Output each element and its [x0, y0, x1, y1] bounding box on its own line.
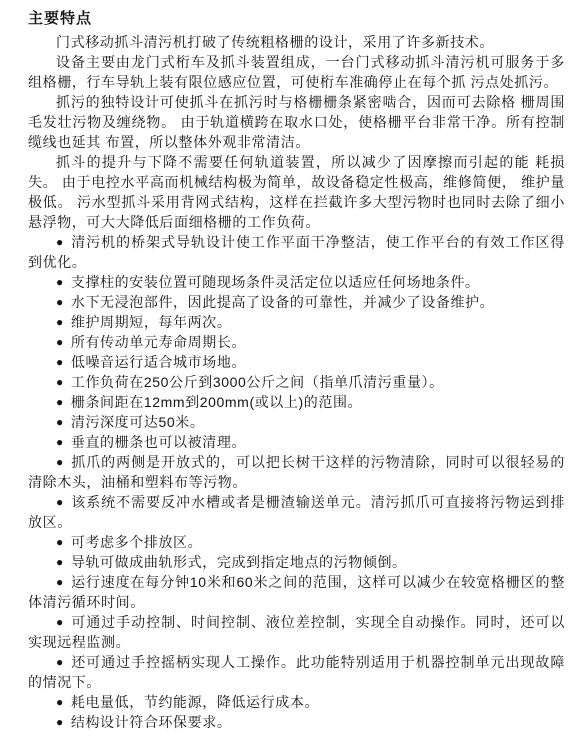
bullet-icon: ● [56, 295, 64, 309]
bullet-text: 抓爪的两侧是开放式的，可以把长树干这样的污物清除，同时可以很轻易的清除木头，油桶… [28, 454, 565, 490]
bullet-text: 清污机的桥架式导轨设计使工作平面干净整洁，使工作平台的有效工作区得到优化。 [28, 234, 565, 270]
bullet-item: ●维护周期短，每年两次。 [28, 312, 565, 332]
bullet-text: 栅条间距在12mm到200mm(或以上)的范围。 [71, 394, 362, 410]
bullet-text: 所有传动单元寿命周期长。 [71, 334, 246, 350]
bullet-item: ●所有传动单元寿命周期长。 [28, 332, 565, 352]
paragraph: 门式移动抓斗清污机打破了传统粗格栅的设计，采用了许多新技术。 [28, 32, 565, 52]
paragraph: 抓斗的提升与下降不需要任何轨道装置，所以减少了因摩擦而引起的能 耗损失。 由于电… [28, 152, 565, 232]
page-title: 主要特点 [28, 8, 565, 30]
bullet-text: 维护周期短，每年两次。 [71, 314, 232, 330]
bullet-icon: ● [56, 355, 64, 369]
bullet-item: ●栅条间距在12mm到200mm(或以上)的范围。 [28, 392, 565, 412]
bullet-text: 运行速度在每分钟10米和60米之间的范围，这样可以减少在较宽格栅区的整体清污循环… [28, 574, 565, 610]
bullet-text: 清污深度可达50米。 [71, 414, 205, 430]
bullet-icon: ● [56, 415, 64, 429]
bullet-item: ●导轨可做成曲轨形式，完成到指定地点的污物倾倒。 [28, 552, 565, 572]
bullet-icon: ● [56, 695, 64, 709]
bullet-item: ●可通过手动控制、时间控制、液位差控制，实现全自动操作。同时，还可以实现远程监测… [28, 612, 565, 652]
bullet-text: 低噪音运行适合城市场地。 [71, 354, 246, 370]
bullet-text: 可通过手动控制、时间控制、液位差控制，实现全自动操作。同时，还可以实现远程监测。 [28, 614, 565, 650]
bullet-item: ●清污机的桥架式导轨设计使工作平面干净整洁，使工作平台的有效工作区得到优化。 [28, 232, 565, 272]
document-page: 主要特点 门式移动抓斗清污机打破了传统粗格栅的设计，采用了许多新技术。 设备主要… [0, 0, 579, 754]
paragraph: 设备主要由龙门式桁车及抓斗装置组成，一台门式移动抓斗清污机可服务于多组格栅，行车… [28, 52, 565, 92]
bullet-text: 垂直的栅条也可以被清理。 [71, 434, 246, 450]
bullet-icon: ● [56, 495, 64, 509]
bullet-icon: ● [56, 455, 64, 469]
bullet-icon: ● [56, 435, 64, 449]
bullet-item: ●工作负荷在250公斤到3000公斤之间（指单爪清污重量）。 [28, 372, 565, 392]
bullet-text: 工作负荷在250公斤到3000公斤之间（指单爪清污重量）。 [71, 374, 444, 390]
bullet-item: ●耗电量低，节约能源，降低运行成本。 [28, 692, 565, 712]
bullet-item: ●清污深度可达50米。 [28, 412, 565, 432]
bullet-text: 还可通过手控摇柄实现人工操作。此功能特别适用于机器控制单元出现故障的情况下。 [28, 654, 565, 690]
bullet-icon: ● [56, 395, 64, 409]
bullet-icon: ● [56, 375, 64, 389]
bullet-text: 结构设计符合环保要求。 [71, 714, 232, 730]
bullet-text: 该系统不需要反冲水槽或者是栅渣输送单元。清污抓爪可直接将污物运到排放区。 [28, 494, 565, 530]
paragraph: 抓污的独特设计可使抓斗在抓污时与格栅栅条紧密啮合，因而可去除格 栅周围毛发壮污物… [28, 92, 565, 152]
bullet-item: ●结构设计符合环保要求。 [28, 712, 565, 732]
bullet-icon: ● [56, 315, 64, 329]
bullet-icon: ● [56, 555, 64, 569]
bullet-item: ●低噪音运行适合城市场地。 [28, 352, 565, 372]
bullet-icon: ● [56, 535, 64, 549]
bullet-icon: ● [56, 235, 64, 249]
bullet-icon: ● [56, 575, 64, 589]
bullet-text: 支撑柱的安装位置可随现场条件灵活定位以适应任何场地条件。 [71, 274, 480, 290]
bullet-icon: ● [56, 275, 64, 289]
bullet-text: 耗电量低，节约能源，降低运行成本。 [71, 694, 319, 710]
bullet-icon: ● [56, 655, 64, 669]
bullet-item: ●运行速度在每分钟10米和60米之间的范围，这样可以减少在较宽格栅区的整体清污循… [28, 572, 565, 612]
bullet-item: ●垂直的栅条也可以被清理。 [28, 432, 565, 452]
bullet-item: ●该系统不需要反冲水槽或者是栅渣输送单元。清污抓爪可直接将污物运到排放区。 [28, 492, 565, 532]
bullet-text: 导轨可做成曲轨形式，完成到指定地点的污物倾倒。 [71, 554, 407, 570]
bullet-icon: ● [56, 615, 64, 629]
bullet-item: ●水下无浸泡部件，因此提高了设备的可靠性，并减少了设备维护。 [28, 292, 565, 312]
bullet-text: 可考虑多个排放区。 [71, 534, 202, 550]
bullet-text: 水下无浸泡部件，因此提高了设备的可靠性，并减少了设备维护。 [71, 294, 494, 310]
bullet-item: ●支撑柱的安装位置可随现场条件灵活定位以适应任何场地条件。 [28, 272, 565, 292]
bullet-item: ●可考虑多个排放区。 [28, 532, 565, 552]
bullet-icon: ● [56, 715, 64, 729]
bullet-icon: ● [56, 335, 64, 349]
bullet-item: ●抓爪的两侧是开放式的，可以把长树干这样的污物清除，同时可以很轻易的清除木头，油… [28, 452, 565, 492]
bullet-item: ●还可通过手控摇柄实现人工操作。此功能特别适用于机器控制单元出现故障的情况下。 [28, 652, 565, 692]
